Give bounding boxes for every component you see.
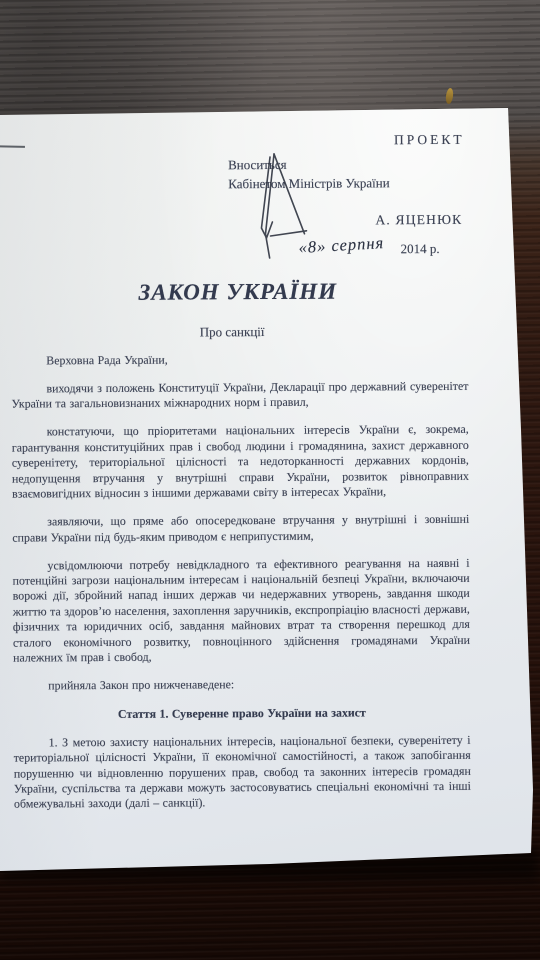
photo-scene: ПРОЕКТ Вноситься Кабінетом Міністрів Укр…	[0, 0, 540, 960]
paragraph: заявляючи, що пряме або опосередковане в…	[12, 512, 469, 546]
handwritten-date: «8» серпня	[298, 233, 385, 258]
draft-stamp: ПРОЕКТ	[394, 132, 465, 148]
law-subtitle: Про санкції	[9, 323, 455, 342]
paragraph: виходячи з положень Конституції України,…	[11, 379, 468, 413]
paragraph: констатуючи, що пріоритетами національни…	[12, 422, 469, 502]
signer-name: А. ЯЦЕНЮК	[375, 212, 462, 229]
law-title: ЗАКОН УКРАЇНИ	[9, 278, 467, 307]
document-sheet: ПРОЕКТ Вноситься Кабінетом Міністрів Укр…	[0, 0, 540, 960]
document-content: ПРОЕКТ Вноситься Кабінетом Міністрів Укр…	[0, 0, 540, 960]
typed-year: 2014 р.	[401, 241, 440, 257]
paragraph: Верховна Рада України,	[11, 351, 468, 369]
pen-mark	[0, 145, 25, 148]
article-heading: Стаття 1. Суверенне право України на зах…	[13, 704, 470, 722]
paragraph: усвідомлюючи потребу невідкладного та еф…	[12, 555, 470, 666]
date-row: «8» серпня 2014 р.	[298, 233, 458, 234]
paragraph: 1. З метою захисту національних інтересі…	[14, 732, 471, 812]
law-body: Верховна Рада України,виходячи з положен…	[11, 351, 471, 813]
paragraph: прийняла Закон про нижченаведене:	[13, 676, 470, 694]
